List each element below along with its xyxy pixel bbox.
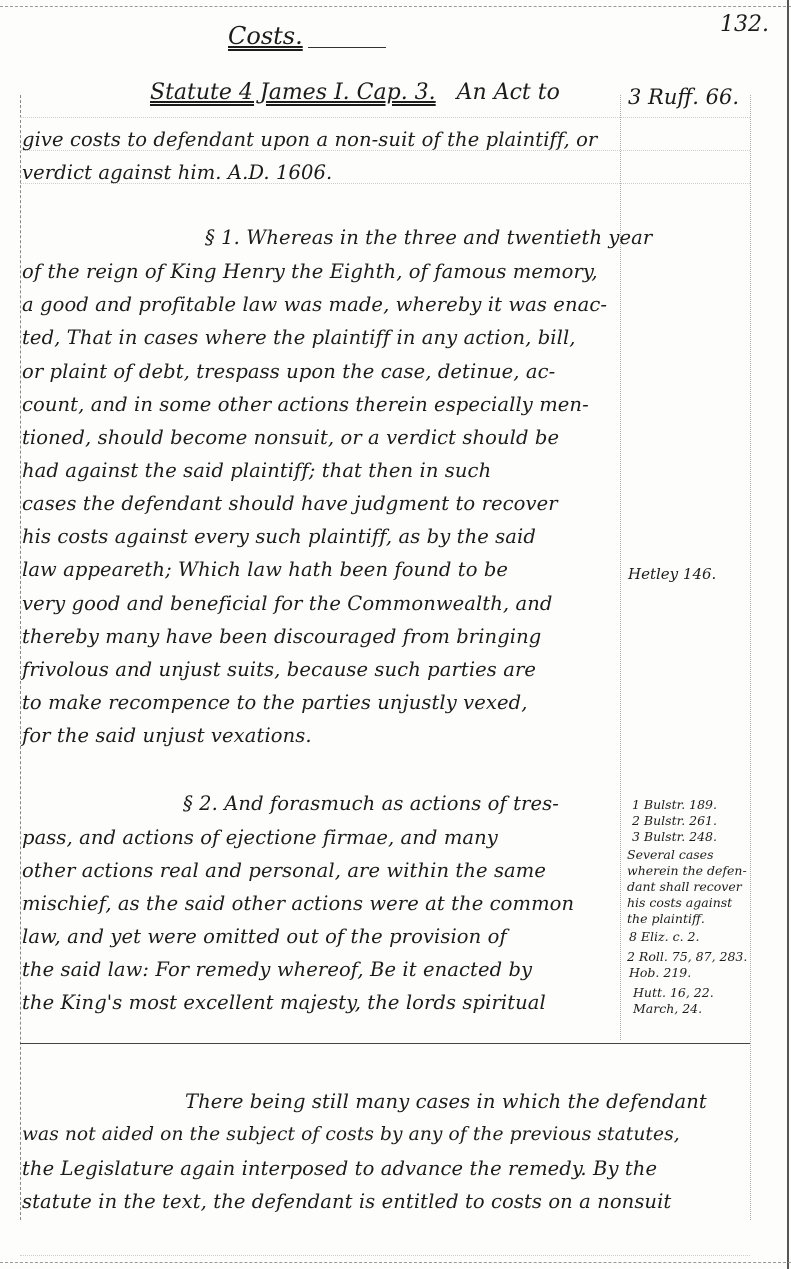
commentary-line: the Legislature again interposed to adva… [22, 1157, 657, 1180]
act-title-line: give costs to defendant upon a non-suit … [22, 128, 597, 151]
marginal-summary: the plaintiff. [627, 910, 705, 927]
page-top-edge [0, 6, 791, 7]
citation-note: 3 Bulstr. 248. [632, 828, 717, 845]
ruled-line [20, 117, 750, 118]
section-divider [20, 1043, 750, 1044]
section-1-line: § 1. Whereas in the three and twentieth … [205, 226, 652, 249]
section-2-line: law, and yet were omitted out of the pro… [22, 925, 507, 948]
citation-note: 2 Bulstr. 261. [632, 812, 717, 829]
page-title: Costs. [228, 22, 303, 50]
marginal-summary: his costs against [627, 894, 732, 911]
commentary-line: There being still many cases in which th… [185, 1090, 707, 1113]
page-number: 132. [720, 12, 769, 37]
section-1-line: of the reign of King Henry the Eighth, o… [22, 260, 598, 283]
section-1-line: thereby many have been discouraged from … [22, 625, 541, 648]
citation-note: March, 24. [633, 1000, 702, 1017]
section-1-line: count, and in some other actions therein… [22, 393, 589, 416]
section-1-line: to make recompence to the parties unjust… [22, 691, 528, 714]
section-1-margin-note: Hetley 146. [628, 565, 716, 583]
section-1-line: or plaint of debt, trespass upon the cas… [22, 360, 555, 383]
right-margin-rule [750, 95, 751, 1220]
section-2-line: the said law: For remedy whereof, Be it … [22, 958, 532, 981]
page-right-edge [787, 0, 789, 1269]
citation-note: Hob. 219. [629, 964, 691, 981]
page-bottom-edge [0, 1262, 791, 1263]
section-2-line: pass, and actions of ejectione firmae, a… [22, 826, 498, 849]
section-2-line: other actions real and personal, are wit… [22, 859, 546, 882]
commentary-line: statute in the text, the defendant is en… [22, 1190, 671, 1213]
manuscript-page: 132. Costs. Statute 4 James I. Cap. 3. A… [0, 0, 791, 1269]
marginal-summary: dant shall recover [627, 878, 742, 895]
section-1-line: had against the said plaintiff; that the… [22, 459, 491, 482]
section-1-line: very good and beneficial for the Commonw… [22, 592, 553, 615]
act-title-line: verdict against him. A.D. 1606. [22, 161, 332, 184]
title-underline-trail [308, 47, 386, 48]
citation-note: 2 Roll. 75, 87, 283. [627, 948, 747, 965]
statute-heading: Statute 4 James I. Cap. 3. An Act to [150, 80, 560, 105]
statute-citation: Statute 4 James I. Cap. 3. [150, 80, 436, 105]
citation-note: 1 Bulstr. 189. [632, 796, 717, 813]
section-1-line: his costs against every such plaintiff, … [22, 525, 536, 548]
heading-margin-note: 3 Ruff. 66. [628, 85, 739, 109]
section-1-line: ted, That in cases where the plaintiff i… [22, 326, 576, 349]
statute-heading-rest: An Act to [457, 80, 560, 105]
section-2-line: mischief, as the said other actions were… [22, 892, 574, 915]
section-2-line: § 2. And forasmuch as actions of tres- [183, 792, 559, 815]
section-1-line: a good and profitable law was made, wher… [22, 293, 607, 316]
ruled-line [20, 1255, 750, 1256]
citation-note: 8 Eliz. c. 2. [629, 928, 699, 945]
section-1-line: for the said unjust vexations. [22, 724, 312, 747]
section-1-line: cases the defendant should have judgment… [22, 492, 558, 515]
left-margin-rule [20, 95, 21, 1220]
marginal-summary: wherein the defen- [627, 862, 747, 879]
commentary-line: was not aided on the subject of costs by… [22, 1124, 680, 1145]
section-1-line: frivolous and unjust suits, because such… [22, 658, 536, 681]
section-2-line: the King's most excellent majesty, the l… [22, 991, 546, 1014]
citation-note: Hutt. 16, 22. [633, 984, 714, 1001]
section-1-line: tioned, should become nonsuit, or a verd… [22, 426, 559, 449]
marginal-summary: Several cases [627, 846, 714, 863]
section-1-line: law appeareth; Which law hath been found… [22, 558, 508, 581]
